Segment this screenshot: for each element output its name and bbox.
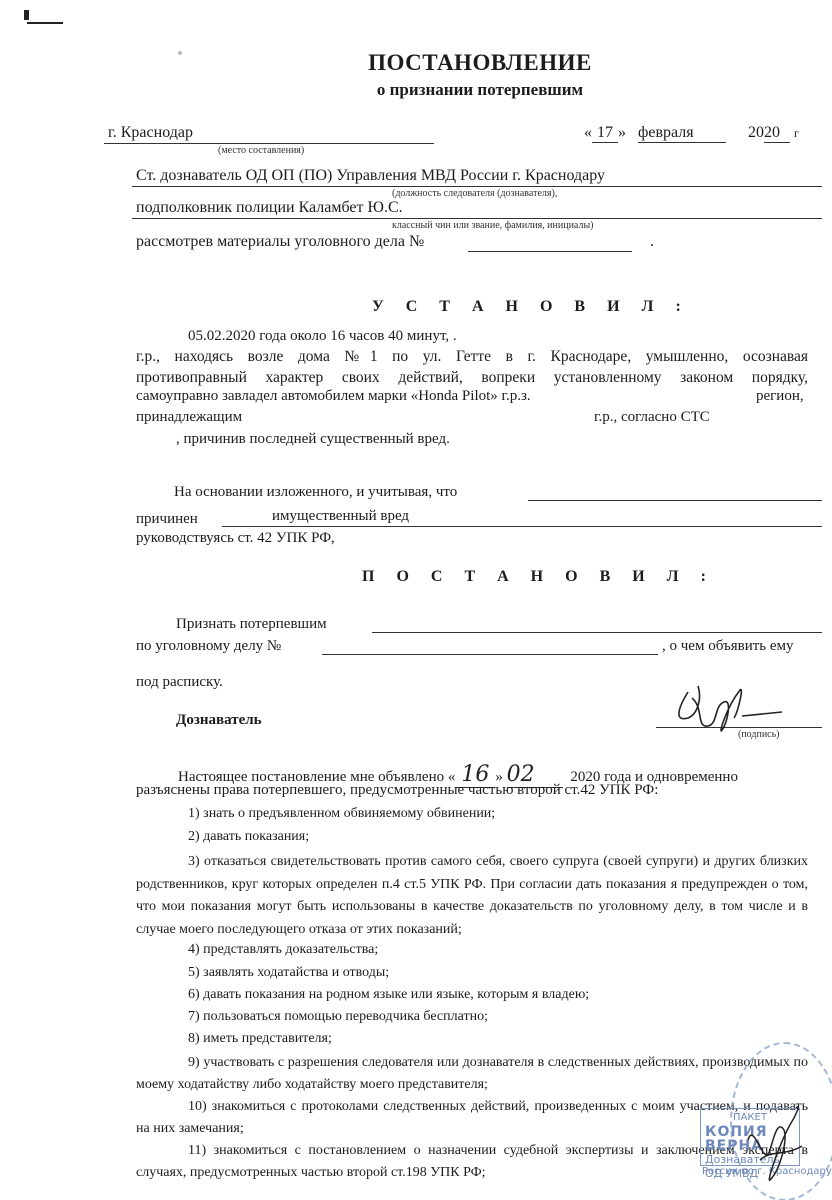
right-9: 9) участвовать с разрешения следователя … — [136, 1052, 808, 1096]
case-number-underline — [468, 251, 632, 252]
receipt-text: под расписку. — [136, 674, 223, 691]
right-6: 6) давать показания на родном языке или … — [188, 987, 589, 1003]
right-4: 4) представлять доказательства; — [188, 942, 378, 958]
established-line6: , причинив последней существенный вред. — [176, 431, 450, 448]
official-position-caption: (должность следователя (дознавателя), — [392, 188, 557, 199]
announce-tail: , о чем объявить ему — [662, 638, 794, 655]
established-line3: противоправный характер своих действий, … — [136, 367, 808, 388]
investigator-label: Дознаватель — [176, 712, 262, 729]
case-review-label: рассмотрев материалы уголовного дела № — [136, 233, 424, 251]
document-subtitle: о признании потерпевшим — [0, 80, 832, 100]
criminal-case-underline — [322, 654, 658, 655]
established-line4b: регион, — [756, 388, 804, 405]
recognize-label: Признать потерпевшим — [176, 616, 327, 633]
official-position: Ст. дознаватель ОД ОП (ПО) Управления МВ… — [136, 167, 605, 185]
stamp-signature — [740, 1100, 810, 1190]
document-title: ПОСТАНОВЛЕНИЕ — [0, 50, 832, 76]
right-8: 8) иметь представителя; — [188, 1031, 332, 1047]
right-7: 7) пользоваться помощью переводчика бесп… — [188, 1009, 488, 1025]
section-resolved: П О С Т А Н О В И Л : — [362, 568, 715, 586]
scan-mark-line — [27, 22, 63, 24]
place-underline — [104, 143, 434, 144]
established-line1: 05.02.2020 года около 16 часов 40 минут,… — [188, 328, 457, 345]
investigator-signature — [668, 678, 788, 738]
right-2: 2) давать показания; — [188, 829, 309, 845]
scan-mark — [24, 10, 29, 20]
official-position-underline — [132, 186, 822, 187]
caused-label: причинен — [136, 511, 198, 528]
case-review-tail: . — [650, 233, 654, 251]
grounds-label: На основании изложенного, и учитывая, чт… — [174, 484, 457, 501]
announcement-line2: разъяснены права потерпевшего, предусмот… — [136, 782, 658, 799]
established-line2: г.р., находясь возле дома №1 по ул. Гетт… — [136, 346, 808, 367]
right-5: 5) заявлять ходатайства и отводы; — [188, 965, 389, 981]
date-field: «17» февраля 2020 г — [584, 124, 799, 143]
established-line5a: принадлежащим — [136, 409, 242, 426]
established-line5b: г.р., согласно СТС — [594, 409, 710, 426]
place-caption: (место составления) — [218, 145, 304, 156]
established-line4a: самоуправно завладел автомобилем марки «… — [136, 388, 531, 405]
official-rank-underline — [132, 218, 822, 219]
caused-value: имущественный вред — [272, 508, 409, 525]
guided-by: руководствуясь ст. 42 УПК РФ, — [136, 530, 335, 547]
grounds-underline — [528, 500, 822, 501]
official-rank-name: подполковник полиции Каламбет Ю.С. — [136, 199, 403, 217]
caused-underline — [222, 526, 822, 527]
right-1: 1) знать о предъявленном обвиняемому обв… — [188, 806, 495, 822]
section-established: У С Т А Н О В И Л : — [372, 298, 690, 316]
place-value: г. Краснодар — [108, 124, 193, 142]
criminal-case-label: по уголовному делу № — [136, 638, 281, 655]
official-rank-caption: классный чин или звание, фамилия, инициа… — [392, 220, 594, 231]
victim-underline — [372, 632, 822, 633]
right-3: 3) отказаться свидетельствовать против с… — [136, 851, 808, 941]
